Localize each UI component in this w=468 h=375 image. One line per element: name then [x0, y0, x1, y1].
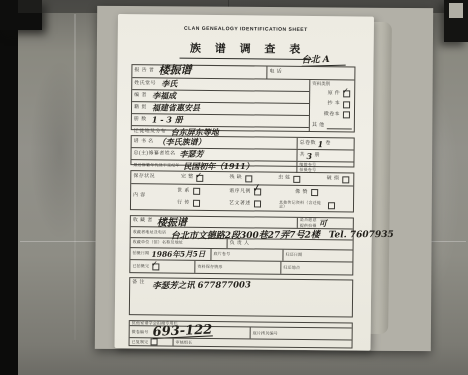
complete-checkbox: ✓ — [196, 174, 203, 181]
negative-reel-cell: 底片卷号 — [210, 249, 282, 261]
film-crease — [74, 14, 76, 340]
contents-label: 内 容 — [133, 193, 146, 199]
microfilm-number: 693-122 — [152, 326, 212, 339]
surname-label: 姓氏堂号 — [134, 81, 156, 87]
wormed-checkbox — [294, 175, 301, 182]
filming-status-row: 已拍摄完 ✓ 资料保存情形 归还地点 — [130, 260, 352, 274]
content-option-preface: 谱序凡例 ✓ — [229, 188, 261, 195]
compiler-label: 编 者 — [134, 93, 147, 99]
english-title: CLAN GENEALOGY IDENTIFICATION SHEET — [118, 25, 374, 34]
manuscript-label: 抄 本 — [327, 102, 340, 108]
remarks-value: 李瑟芳之讯 677877003 — [152, 278, 251, 291]
total-juan-cell: 总卷数 1 卷 — [298, 138, 354, 149]
filming-done-label: 已拍摄完 — [132, 264, 149, 269]
remarks-label: 备 注 — [132, 280, 145, 286]
filming-date-label: 拍摄日期 — [132, 251, 149, 256]
migration-label: 迁徙地及分布 — [134, 129, 166, 135]
other-label: 其 他 — [312, 123, 325, 129]
identification-block: 报 告 者 楼振谱 电 话 姓氏堂号 李氏 编 者 李福成 — [131, 64, 356, 132]
origin-value: 福建省惠安县 — [152, 103, 200, 114]
material-option-microfilm: 微卷本 — [312, 110, 352, 121]
holder-cell: 收 藏 者 楼振谱 — [131, 216, 297, 228]
chief-compiler-cell: 总(主)修纂者姓名 李瑟芳 — [131, 148, 297, 161]
volumes-value: 1 - 3 册 — [151, 115, 182, 126]
return-place-label: 归还地点 — [283, 266, 300, 271]
condition-option-damaged: 残 缺 — [229, 175, 252, 182]
filming-done-checkmark: ✓ — [151, 259, 158, 268]
complete-label: 完 整 — [181, 175, 194, 181]
address-label: 收藏者地址及电话 — [133, 230, 167, 235]
content-option-portraits: 像 赞 — [295, 189, 318, 196]
holder-block: 收 藏 者 楼振谱 是否愿意 提供拍摄 可 收藏者地址及电话 台北市文德路2段3… — [129, 215, 354, 275]
institution-head-label: 负 责 人 — [230, 241, 250, 247]
chief-compiler-value: 李瑟芳 — [179, 149, 203, 160]
material-option-manuscript: 抄 本 — [312, 99, 352, 110]
compiler-value: 李福成 — [152, 90, 176, 101]
condition-option-wormed: 虫 蛀 — [278, 175, 301, 182]
film-border-left — [0, 0, 18, 375]
condition-option-torn: 破 损 — [327, 176, 350, 183]
phone-cell: 电 话 — [266, 67, 354, 80]
consent-label-1: 是否愿意 — [300, 218, 317, 223]
origin-label: 籍 贯 — [134, 105, 147, 111]
material-option-other: 其 他 — [312, 120, 352, 131]
volumes-label: 册 数 — [134, 117, 147, 123]
chief-compiler-label: 总(主)修纂者姓名 — [134, 151, 176, 157]
content-option-lineage: 世 系 — [177, 188, 200, 195]
preface-checkbox: ✓ — [254, 188, 261, 195]
total-ce-cell: 共 3 册 — [297, 150, 353, 161]
contents-row: 内 容 世 系 谱序凡例 ✓ 像 赞 行 传 艺文 — [131, 184, 353, 212]
form-sheet: CLAN GENEALOGY IDENTIFICATION SHEET 族 谱 … — [115, 14, 374, 351]
complete-checkmark: ✓ — [195, 170, 202, 179]
edition-date-label: 最后修纂年代及干支纪年 — [133, 163, 179, 168]
writings-label: 艺文著述 — [229, 201, 251, 207]
original-checkbox: ✓ — [343, 90, 350, 97]
damaged-label: 残 缺 — [229, 175, 242, 181]
material-option-original: 原 件 ✓ — [312, 88, 352, 99]
microfilm-scan: CLAN GENEALOGY IDENTIFICATION SHEET 族 谱 … — [0, 0, 468, 375]
juan-unit-label: 卷 — [325, 141, 330, 147]
holder-label: 收 藏 者 — [133, 218, 153, 224]
identification-body: 姓氏堂号 李氏 编 者 李福成 籍 贯 福建省惠安县 册 数 1 - 3 册 — [132, 78, 355, 132]
other-records-label: 其他传记资料（含迁徙志） — [279, 201, 325, 210]
total-juan-label: 总卷数 — [300, 141, 316, 147]
title-cell: 谱 书 名 （李氏族谱） — [132, 136, 298, 149]
other-records-checkbox — [328, 202, 335, 209]
identification-fields: 姓氏堂号 李氏 编 者 李福成 籍 贯 福建省惠安县 册 数 1 - 3 册 — [132, 78, 311, 132]
filming-date-cell: 拍摄日期 1986年5月5日 — [130, 248, 210, 260]
lineage-checkbox — [193, 188, 200, 195]
title-value: （李氏族谱） — [157, 137, 205, 148]
microfilm-checkbox — [343, 112, 350, 119]
portraits-label: 像 赞 — [295, 190, 308, 196]
condition-label: 保存状况 — [133, 174, 155, 180]
total-ce-value: 3 — [307, 151, 313, 161]
preface-label: 谱序凡例 — [229, 189, 251, 195]
copy-number-label: 底片拷贝编号 — [253, 331, 278, 336]
writings-checkbox — [254, 200, 261, 207]
reporter-value: 楼振谱 — [158, 61, 191, 77]
institution-label: 收藏单位（馆）名称及地址 — [133, 240, 183, 245]
filming-done-checkbox: ✓ — [152, 263, 159, 270]
holder-value: 楼振谱 — [157, 213, 187, 228]
condition-option-complete: 完 整 ✓ — [181, 174, 204, 181]
biographies-label: 行 传 — [177, 200, 190, 206]
original-label: 原 件 — [328, 91, 341, 97]
filming-date-value: 1986年5月5日 — [151, 248, 205, 259]
lineage-label: 世 系 — [177, 188, 190, 194]
wormed-label: 虫 蛀 — [278, 176, 291, 182]
return-date-cell: 归还日期 — [282, 250, 352, 262]
negative-reel-label: 底片卷号 — [213, 252, 230, 257]
duplication-cell: 已复制完 — [130, 339, 174, 346]
preservation-label: 资料保存情形 — [197, 265, 222, 270]
filming-done-cell: 已拍摄完 ✓ — [130, 260, 194, 273]
return-place-cell: 归还地点 — [280, 262, 352, 275]
gsu-panel: 犹他家谱学会拍摄专用栏 微卷编号 693-122 底片拷贝编号 已复制完 审核组… — [129, 320, 353, 348]
content-option-other-records: 其他传记资料（含迁徙志） — [279, 201, 335, 210]
reviewer-label: 审核组长 — [176, 340, 193, 345]
torn-checkbox — [342, 176, 349, 183]
title-block: 谱 书 名 （李氏族谱） 总卷数 1 卷 总(主)修纂者姓名 李瑟芳 共 3 册 — [130, 135, 354, 167]
total-ce-label: 共 — [300, 153, 305, 159]
reel-number-label: 微卷编号 — [132, 330, 149, 335]
archive-note-text: 台北 A — [301, 52, 345, 67]
chinese-title-text: 族 谱 调 查 表 — [180, 40, 312, 60]
biographies-checkbox — [193, 200, 200, 207]
institution-cell: 收藏单位（馆）名称及地址 — [131, 238, 227, 248]
microfilm-label: 微卷本 — [324, 112, 340, 118]
content-option-biographies: 行 传 — [177, 200, 200, 207]
original-checkmark: ✓ — [342, 86, 349, 95]
reporter-label: 报 告 者 — [134, 68, 154, 74]
material-type-panel: 资料类别 原 件 ✓ 抄 本 微卷本 其 他 — [310, 80, 355, 132]
institution-head-cell: 负 责 人 — [227, 239, 353, 249]
ce-unit-label: 册 — [314, 153, 319, 159]
preservation-cell: 资料保存情形 — [194, 261, 280, 274]
portraits-checkbox — [311, 189, 318, 196]
content-option-writings: 艺文著述 — [229, 200, 261, 207]
torn-label: 破 损 — [327, 176, 340, 182]
film-light-streak — [449, 3, 463, 18]
return-date-label: 归还日期 — [285, 253, 302, 258]
manuscript-checkbox — [343, 101, 350, 108]
damaged-checkbox — [245, 175, 252, 182]
handwritten-archive-note: 台北 A — [301, 52, 345, 67]
duplication-label: 已复制完 — [132, 340, 149, 345]
total-juan-value: 1 — [318, 139, 324, 149]
reviewer-cell: 审核组长 — [174, 339, 352, 348]
phone-label: 电 话 — [269, 70, 282, 76]
film-smudge — [30, 60, 90, 240]
surname-value: 李氏 — [161, 79, 177, 90]
preface-checkmark: ✓ — [251, 181, 262, 195]
other-blank-line — [326, 122, 351, 130]
remarks-box: 备 注 李瑟芳之讯 677877003 — [129, 277, 353, 317]
condition-content-block: 保存状况 完 整 ✓ 残 缺 虫 蛀 破 损 — [130, 170, 354, 212]
title-label: 谱 书 名 — [134, 139, 154, 145]
